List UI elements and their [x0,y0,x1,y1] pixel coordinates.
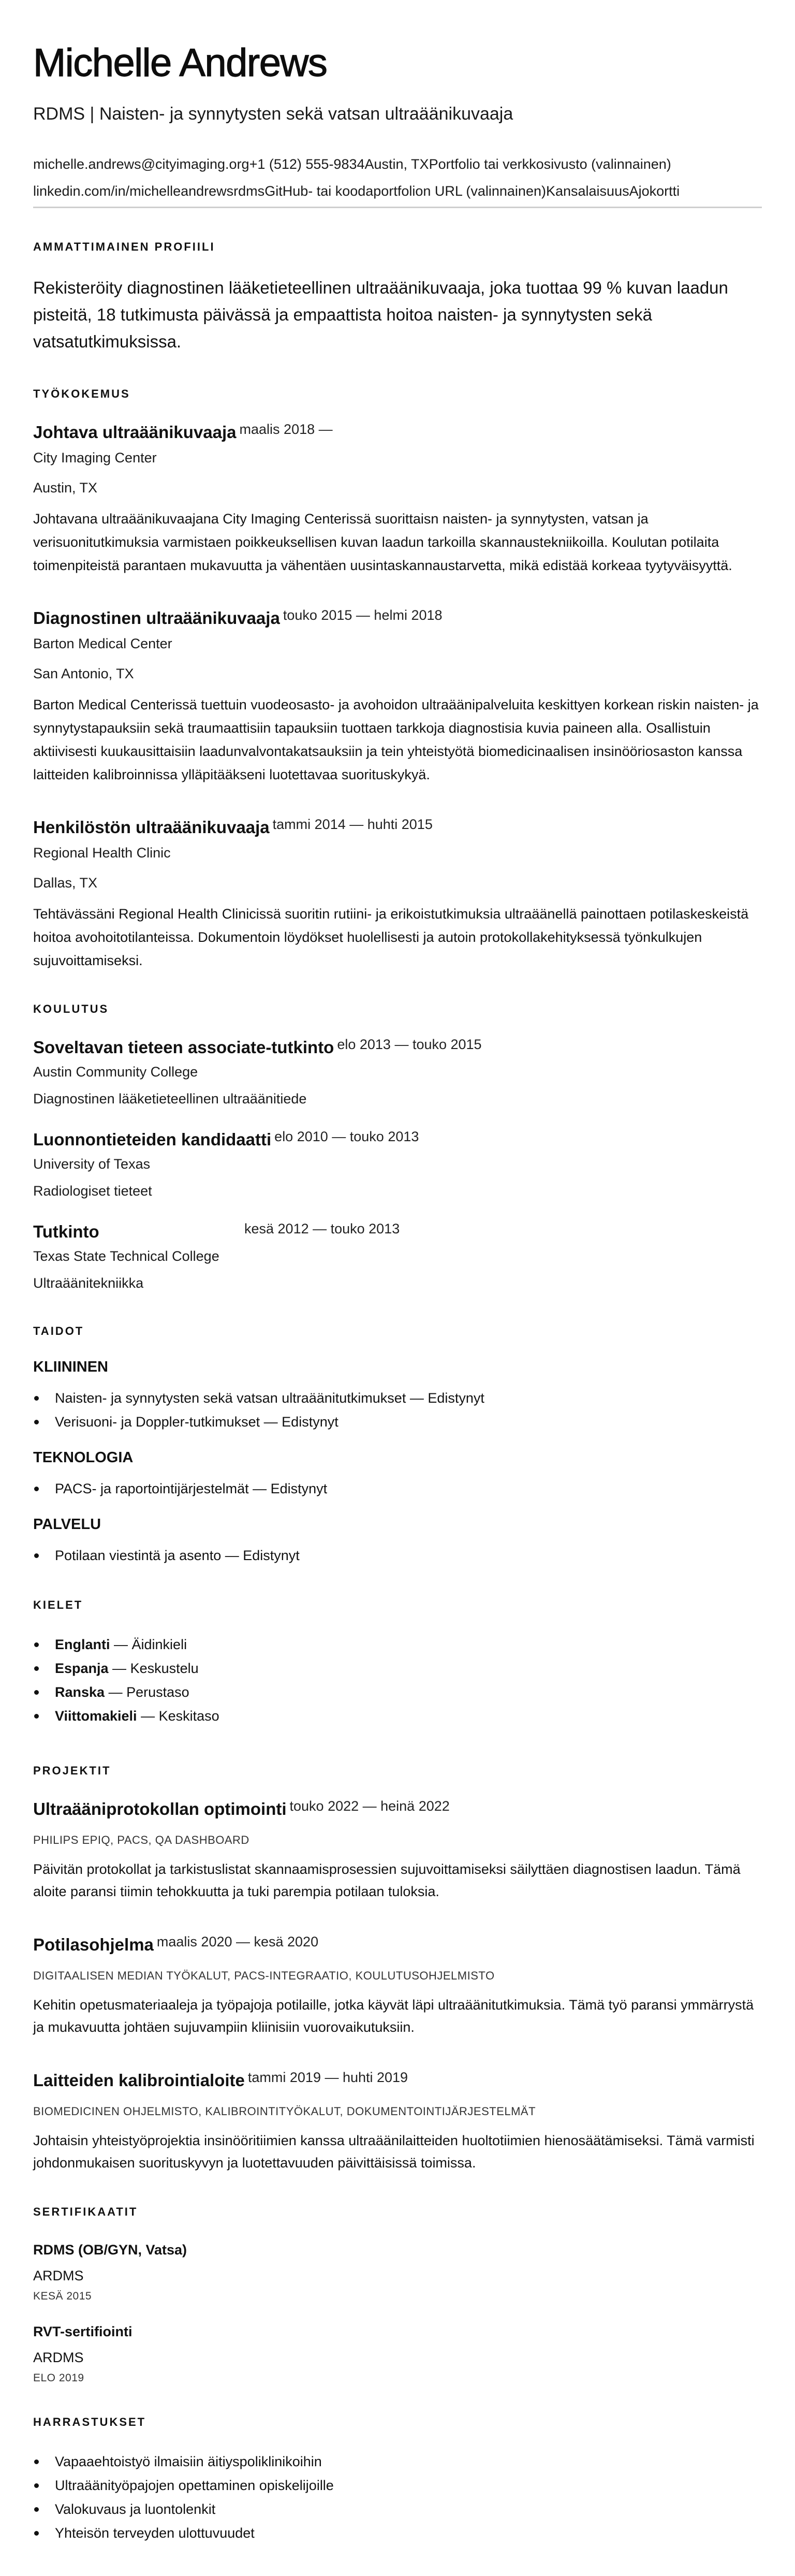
education-entry: Tutkintokesä 2012 — touko 2013Texas Stat… [33,1221,762,1293]
experience-list: Johtava ultraäänikuvaajamaalis 2018 —Cit… [33,421,762,972]
education-list: Soveltavan tieteen associate-tutkintoelo… [33,1037,762,1293]
github-link[interactable]: GitHub- tai koodaportfolion URL (valinna… [264,183,546,199]
certification-date: KESÄ 2015 [33,2290,762,2303]
contact-row-2: linkedin.com/in/michelleandrewsrdmsGitHu… [33,178,762,205]
degree-name: Soveltavan tieteen associate-tutkinto [33,1038,334,1057]
education-date-range: elo 2013 — touko 2015 [337,1037,481,1052]
project-technologies: PHILIPS EPIQ, PACS, QA DASHBOARD [33,1833,762,1847]
job-description: Barton Medical Centerissä tuettuin vuode… [33,693,762,787]
project-title-text: Potilasohjelma [33,1935,154,1954]
language-name: Viittomakieli [55,1708,137,1724]
contact-row-1: michelle.andrews@cityimaging.org+1 (512)… [33,151,762,178]
skill-category: TEKNOLOGIA [33,1449,762,1466]
interest-item: Valokuvaus ja luontolenkit [55,2497,762,2521]
school-name: University of Texas [33,1154,762,1174]
project-title: Ultraääniprotokollan optimointitouko 202… [33,1798,762,1820]
certification-entry: RVT-sertifiointiARDMSELO 2019 [33,2321,762,2384]
job-location: Austin, TX [33,477,762,498]
degree-name: Luonnontieteiden kandidaatti [33,1130,271,1149]
field-of-study: Ultraäänitekniikka [33,1273,762,1293]
degree-title: Soveltavan tieteen associate-tutkintoelo… [33,1037,762,1058]
interests-section: HARRASTUKSET Vapaaehtoistyö ilmaisiin äi… [33,2415,762,2545]
linkedin-link[interactable]: linkedin.com/in/michelleandrewsrdms [33,183,264,199]
section-heading: SERTIFIKAATIT [33,2205,762,2219]
job-title: Diagnostinen ultraäänikuvaajatouko 2015 … [33,607,762,629]
project-date-range: maalis 2020 — kesä 2020 [157,1934,318,1949]
projects-list: Ultraääniprotokollan optimointitouko 202… [33,1798,762,2174]
interest-item: Ultraäänityöpajojen opettaminen opiskeli… [55,2473,762,2497]
company-name: Regional Health Clinic [33,842,762,863]
school-name: Texas State Technical College [33,1246,762,1267]
header-divider [33,207,762,208]
job-location: Dallas, TX [33,872,762,893]
location-text: Austin, TX [365,156,429,172]
education-date-range: elo 2010 — touko 2013 [274,1129,419,1144]
job-date-range: touko 2015 — helmi 2018 [283,607,443,623]
interest-item: Yhteisön terveyden ulottuvuudet [55,2521,762,2545]
section-heading: KOULUTUS [33,1002,762,1016]
education-entry: Luonnontieteiden kandidaattielo 2010 — t… [33,1129,762,1201]
skill-item: Naisten- ja synnytysten sekä vatsan ultr… [55,1386,762,1410]
resume-page: Michelle Andrews RDMS | Naisten- ja synn… [0,0,795,2576]
candidate-title: RDMS | Naisten- ja synnytysten sekä vats… [33,104,762,125]
degree-title: Tutkintokesä 2012 — touko 2013 [33,1221,762,1243]
project-title: Laitteiden kalibrointialoitetammi 2019 —… [33,2070,762,2091]
skill-group: KLIININENNaisten- ja synnytysten sekä va… [33,1359,762,1434]
experience-entry: Henkilöstön ultraäänikuvaajatammi 2014 —… [33,817,762,972]
languages-list: Englanti — ÄidinkieliEspanja — Keskustel… [33,1633,762,1728]
job-location: San Antonio, TX [33,663,762,684]
education-section: KOULUTUS Soveltavan tieteen associate-tu… [33,1002,762,1293]
candidate-name: Michelle Andrews [33,43,762,83]
job-description: Tehtävässäni Regional Health Clinicissä … [33,903,762,972]
project-title: Potilasohjelmamaalis 2020 — kesä 2020 [33,1934,762,1956]
field-of-study: Diagnostinen lääketieteellinen ultraääni… [33,1088,762,1109]
interest-item: Vapaaehtoistyö ilmaisiin äitiyspoliklini… [55,2450,762,2473]
project-entry: Potilasohjelmamaalis 2020 — kesä 2020DIG… [33,1934,762,2039]
company-name: City Imaging Center [33,447,762,468]
section-heading: AMMATTIMAINEN PROFIILI [33,240,762,254]
skill-item: Potilaan viestintä ja asento — Edistynyt [55,1544,762,1567]
skill-item: Verisuoni- ja Doppler-tutkimukset — Edis… [55,1410,762,1434]
resume-header: Michelle Andrews RDMS | Naisten- ja synn… [33,43,762,208]
skill-list: Naisten- ja synnytysten sekä vatsan ultr… [33,1386,762,1434]
certification-entry: RDMS (OB/GYN, Vatsa)ARDMSKESÄ 2015 [33,2239,762,2303]
project-technologies: BIOMEDICINEN OHJELMISTO, KALIBROINTITYÖK… [33,2105,762,2118]
company-name: Barton Medical Center [33,633,762,654]
project-description: Kehitin opetusmateriaaleja ja työpajoja … [33,1994,762,2039]
experience-entry: Diagnostinen ultraäänikuvaajatouko 2015 … [33,607,762,787]
school-name: Austin Community College [33,1061,762,1082]
language-name: Englanti [55,1637,110,1652]
skill-list: Potilaan viestintä ja asento — Edistynyt [33,1544,762,1567]
job-date-range: maalis 2018 — [240,421,333,437]
skill-item: PACS- ja raportointijärjestelmät — Edist… [55,1477,762,1501]
job-description: Johtavana ultraäänikuvaajana City Imagin… [33,507,762,577]
project-description: Päivitän protokollat ja tarkistuslistat … [33,1858,762,1903]
skills-list: KLIININENNaisten- ja synnytysten sekä va… [33,1359,762,1567]
field-of-study: Radiologiset tieteet [33,1181,762,1201]
portfolio-link[interactable]: Portfolio tai verkkosivusto (valinnainen… [429,156,671,172]
language-item: Ranska — Perustaso [55,1680,762,1704]
language-name: Espanja [55,1661,109,1676]
education-entry: Soveltavan tieteen associate-tutkintoelo… [33,1037,762,1109]
language-level: Keskitaso [159,1708,219,1724]
job-title-text: Henkilöstön ultraäänikuvaaja [33,818,270,837]
degree-name: Tutkinto [33,1221,241,1243]
project-entry: Laitteiden kalibrointialoitetammi 2019 —… [33,2070,762,2174]
email-link[interactable]: michelle.andrews@cityimaging.org [33,156,249,172]
languages-section: KIELET Englanti — ÄidinkieliEspanja — Ke… [33,1598,762,1728]
language-level: Keskustelu [130,1661,199,1676]
degree-title: Luonnontieteiden kandidaattielo 2010 — t… [33,1129,762,1151]
project-date-range: tammi 2019 — huhti 2019 [248,2070,408,2085]
job-title-text: Diagnostinen ultraäänikuvaaja [33,608,280,628]
section-heading: PROJEKTIT [33,1764,762,1778]
experience-section: TYÖKOKEMUS Johtava ultraäänikuvaajamaali… [33,387,762,972]
language-separator: — [109,1661,130,1676]
certification-date: ELO 2019 [33,2372,762,2384]
language-item: Viittomakieli — Keskitaso [55,1704,762,1728]
profile-section: AMMATTIMAINEN PROFIILI Rekisteröity diag… [33,240,762,355]
language-level: Perustaso [126,1684,189,1700]
certification-issuer: ARDMS [33,2347,762,2368]
projects-section: PROJEKTIT Ultraääniprotokollan optimoint… [33,1764,762,2174]
job-title-text: Johtava ultraäänikuvaaja [33,423,237,442]
job-title: Henkilöstön ultraäänikuvaajatammi 2014 —… [33,817,762,838]
project-title-text: Laitteiden kalibrointialoite [33,2071,245,2090]
certification-issuer: ARDMS [33,2265,762,2286]
project-entry: Ultraääniprotokollan optimointitouko 202… [33,1798,762,1903]
skill-category: KLIININEN [33,1359,762,1376]
language-level: Äidinkieli [132,1637,187,1652]
certifications-list: RDMS (OB/GYN, Vatsa)ARDMSKESÄ 2015RVT-se… [33,2239,762,2384]
skill-list: PACS- ja raportointijärjestelmät — Edist… [33,1477,762,1501]
language-item: Englanti — Äidinkieli [55,1633,762,1656]
section-heading: KIELET [33,1598,762,1612]
language-separator: — [137,1708,159,1724]
education-date-range: kesä 2012 — touko 2013 [244,1221,400,1236]
project-date-range: touko 2022 — heinä 2022 [290,1798,450,1814]
job-date-range: tammi 2014 — huhti 2015 [273,817,433,832]
experience-entry: Johtava ultraäänikuvaajamaalis 2018 —Cit… [33,421,762,577]
language-separator: — [105,1684,126,1700]
skill-group: PALVELUPotilaan viestintä ja asento — Ed… [33,1516,762,1567]
certification-name: RDMS (OB/GYN, Vatsa) [33,2239,762,2260]
skill-group: TEKNOLOGIAPACS- ja raportointijärjestelm… [33,1449,762,1501]
project-description: Johtaisin yhteistyöprojektia insinööriti… [33,2130,762,2174]
certification-name: RVT-sertifiointi [33,2321,762,2342]
project-technologies: DIGITAALISEN MEDIAN TYÖKALUT, PACS-INTEG… [33,1969,762,1983]
section-heading: TAIDOT [33,1325,762,1338]
drivers-license-text: Ajokortti [629,183,680,199]
language-item: Espanja — Keskustelu [55,1656,762,1680]
skills-section: TAIDOT KLIININENNaisten- ja synnytysten … [33,1325,762,1567]
profile-summary: Rekisteröity diagnostinen lääketieteelli… [33,274,762,355]
job-title: Johtava ultraäänikuvaajamaalis 2018 — [33,421,762,443]
language-name: Ranska [55,1684,105,1700]
certifications-section: SERTIFIKAATIT RDMS (OB/GYN, Vatsa)ARDMSK… [33,2205,762,2384]
section-heading: TYÖKOKEMUS [33,387,762,401]
citizenship-text: Kansalaisuus [546,183,629,199]
phone-link[interactable]: +1 (512) 555-9834 [249,156,365,172]
skill-category: PALVELU [33,1516,762,1533]
project-title-text: Ultraääniprotokollan optimointi [33,1799,287,1818]
section-heading: HARRASTUKSET [33,2415,762,2429]
language-separator: — [110,1637,132,1652]
interests-list: Vapaaehtoistyö ilmaisiin äitiyspoliklini… [33,2450,762,2545]
contact-info: michelle.andrews@cityimaging.org+1 (512)… [33,151,762,205]
